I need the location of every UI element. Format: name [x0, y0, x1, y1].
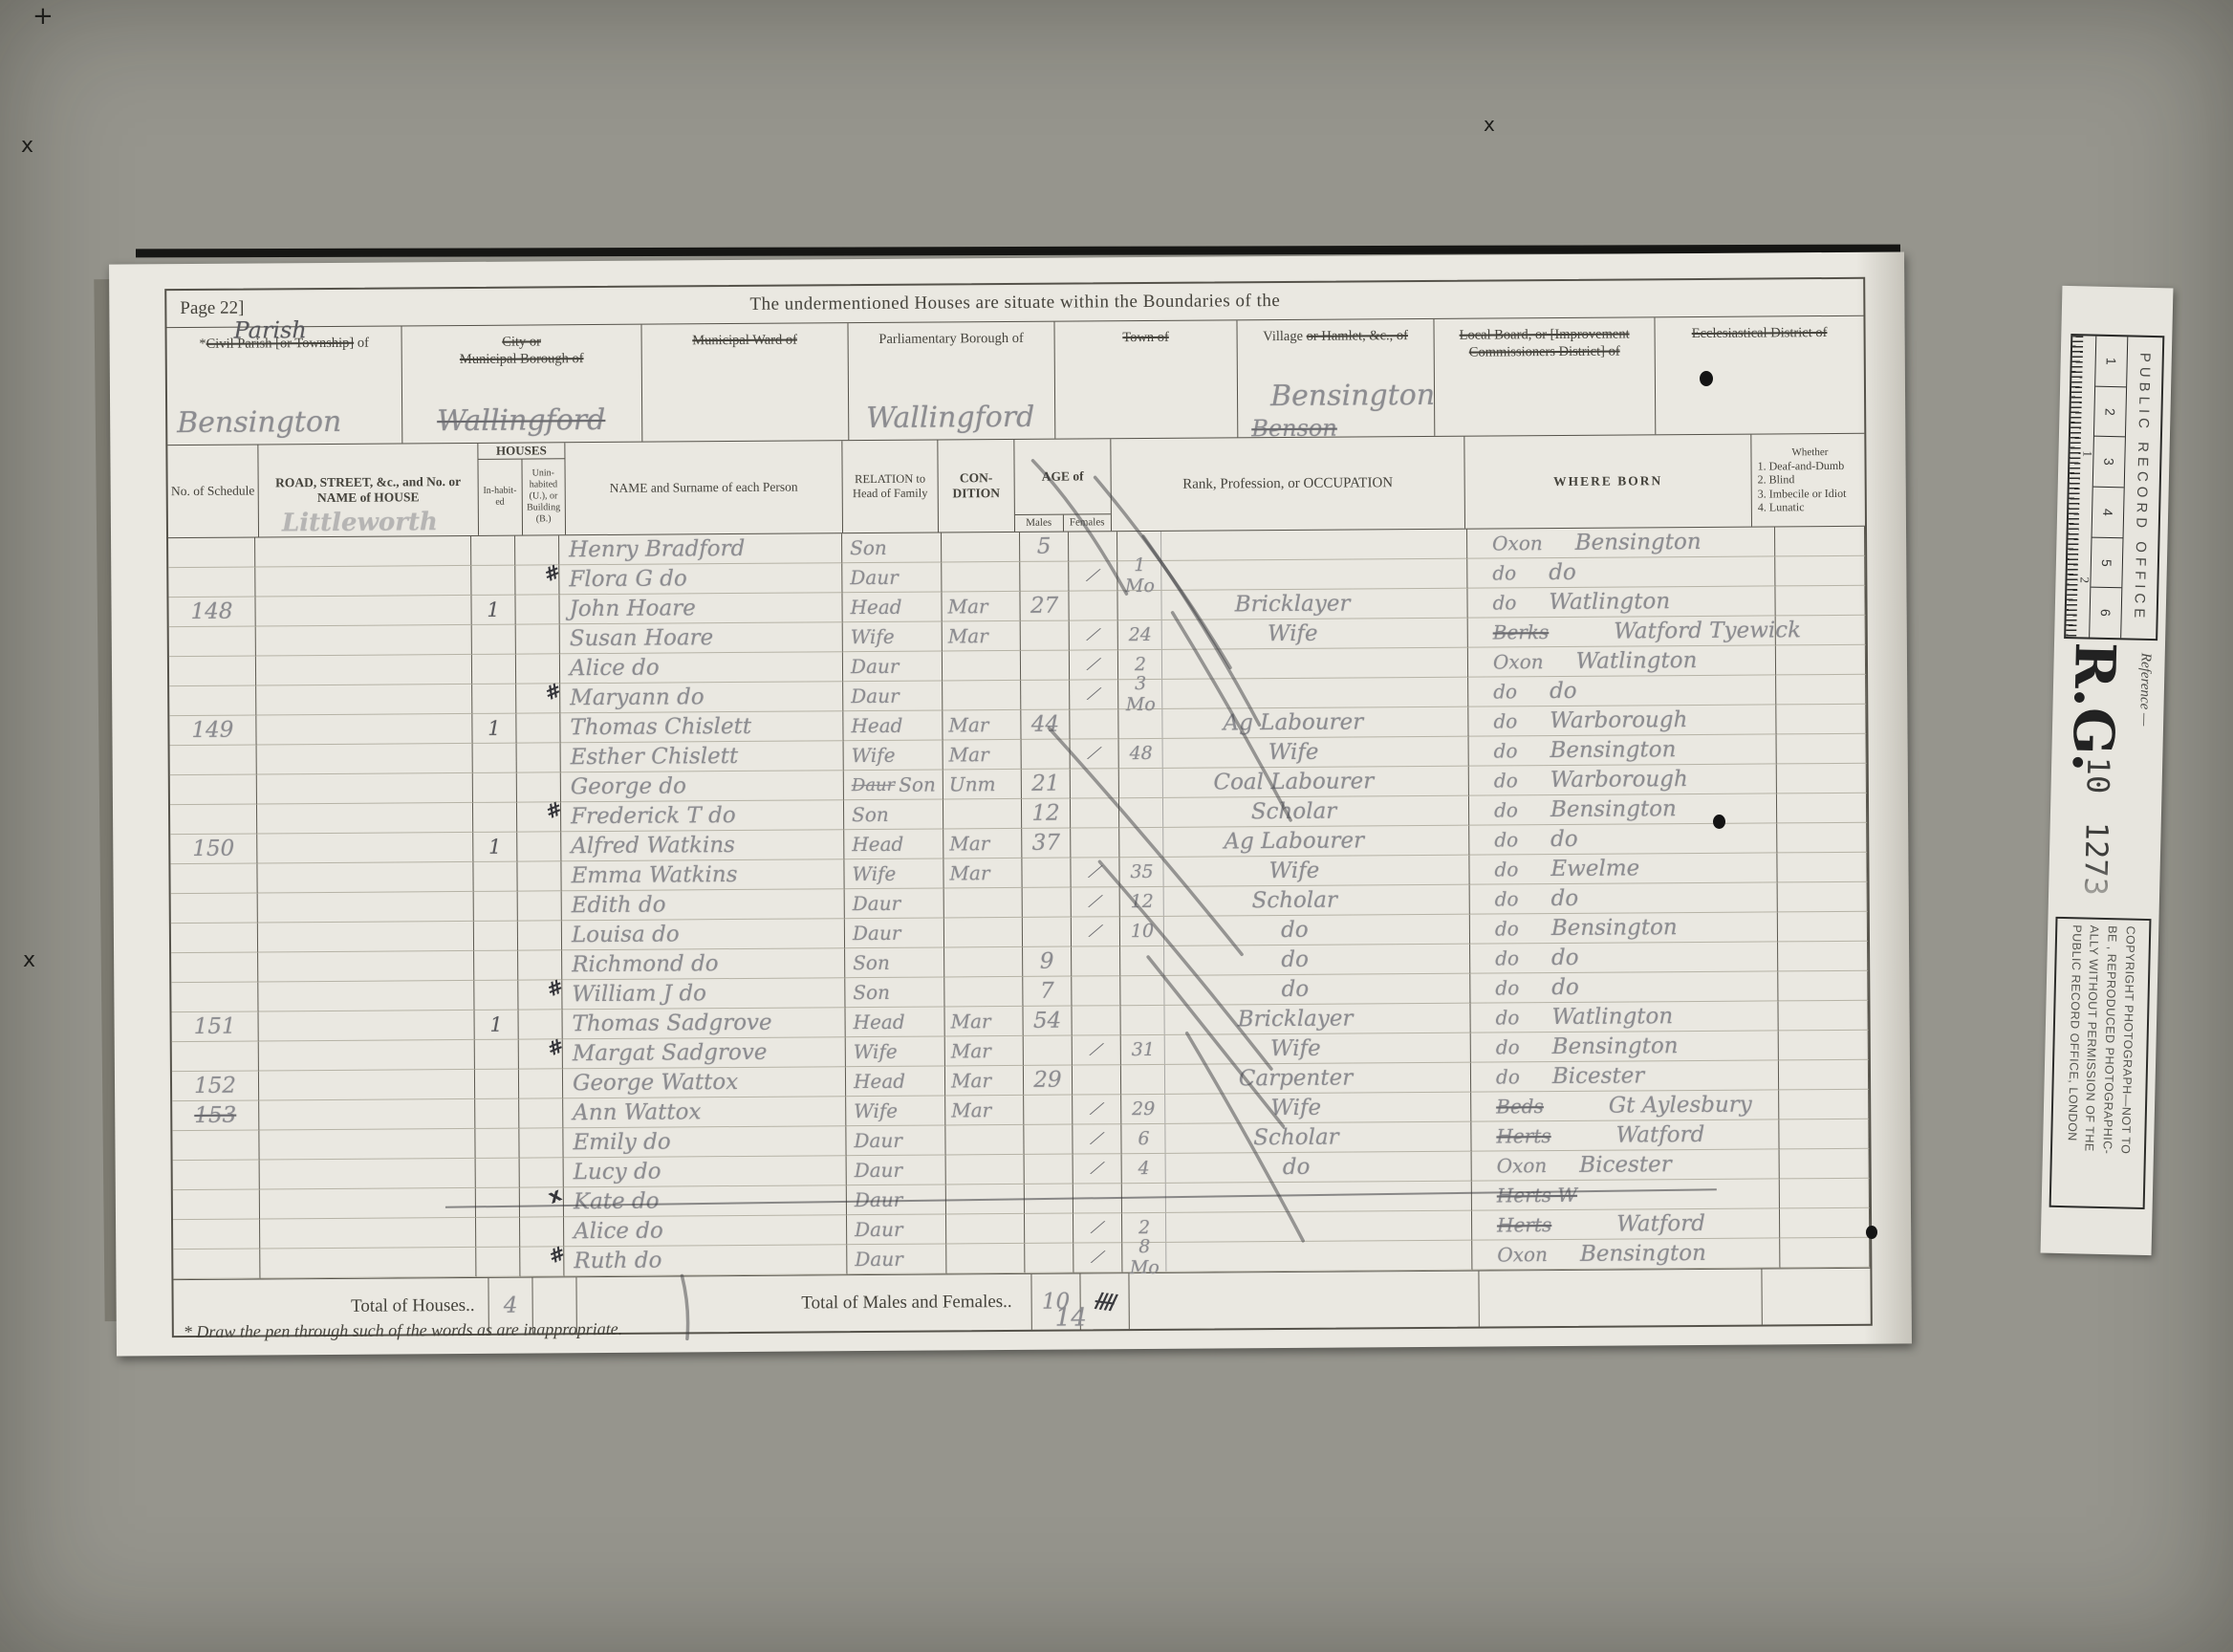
- cm-label: 1: [2104, 358, 2119, 365]
- whether-cell: [1778, 1001, 1868, 1032]
- person-name: Susan Hoare: [570, 625, 714, 651]
- registration-cross-mark: +: [33, 2, 54, 31]
- occupation: Ag Labourer: [1224, 828, 1364, 854]
- age-check-mark: ∕: [1089, 652, 1098, 678]
- relation: Wife: [854, 1099, 898, 1122]
- pencil-x-mark: x: [1484, 113, 1495, 136]
- born-place: Bensington: [1551, 915, 1678, 941]
- born-county: do: [1495, 887, 1519, 910]
- field-local-board: Local Board, or [Improvement Commissione…: [1434, 317, 1656, 436]
- condition: Mar: [951, 1069, 991, 1092]
- occupation: Wife: [1269, 859, 1320, 883]
- inhabited-mark: 1: [487, 598, 500, 621]
- person-name: Maryann do: [570, 685, 705, 710]
- uninhabited-cell: [519, 1069, 563, 1098]
- born-place: Bicester: [1579, 1152, 1672, 1178]
- relation-struck: Daur: [852, 774, 896, 794]
- city-borough-label-1: City or: [502, 334, 541, 349]
- age-male: 44: [1031, 712, 1059, 737]
- occupation: do: [1281, 977, 1309, 1002]
- born-county: do: [1495, 946, 1519, 969]
- corrected-female-total: 14: [1055, 1303, 1087, 1332]
- whether-cell: [1780, 1208, 1870, 1239]
- road-cell: [257, 744, 473, 775]
- field-parliamentary-borough: Parliamentary Borough of Wallingford: [848, 322, 1055, 441]
- born-county: do: [1494, 739, 1518, 762]
- born-struck: Herts: [1497, 1213, 1551, 1236]
- road-cell: [255, 596, 471, 627]
- field-town: Town of: [1054, 320, 1238, 438]
- age-male: 7: [1040, 979, 1054, 1004]
- schedule-number: 152: [194, 1074, 236, 1098]
- road-cell: [259, 1070, 475, 1101]
- occupation: do: [1281, 947, 1309, 972]
- born-place: do: [1551, 946, 1579, 970]
- totals-occupation-cell: [1129, 1272, 1479, 1330]
- born-place: Watlington: [1551, 1004, 1673, 1030]
- schedule-number: 148: [191, 599, 233, 624]
- condition: Mar: [947, 595, 987, 618]
- schedule-number: 149: [191, 718, 233, 743]
- person-name: Flora G do: [569, 566, 687, 592]
- born-county: do: [1496, 1035, 1520, 1058]
- relation: Daur: [851, 655, 900, 678]
- handwritten-city-borough: Wallingford: [437, 402, 605, 439]
- born-county: do: [1494, 828, 1518, 851]
- person-name: Lucy do: [574, 1160, 661, 1185]
- copyright-notice-box: COPYRIGHT PHOTOGRAPH—NOT TO BE , REPRODU…: [2049, 917, 2152, 1209]
- uninhabited-cell: [520, 1158, 564, 1187]
- road-cell: [257, 862, 473, 894]
- total-females-tally: ////: [1080, 1273, 1129, 1329]
- column-header-row: No. of Schedule ROAD, STREET, &c., and N…: [167, 434, 1865, 538]
- field-ecclesiastical: Ecclesiastical District of: [1655, 316, 1864, 435]
- relation: Daur: [853, 922, 901, 945]
- born-place: do: [1550, 679, 1577, 704]
- born-place: Watlington: [1575, 648, 1697, 674]
- public-record-office-label: PUBLIC RECORD OFFICE: [2121, 337, 2162, 639]
- relation: Wife: [852, 862, 896, 885]
- born-county: do: [1495, 1006, 1519, 1029]
- occupation: Carpenter: [1239, 1066, 1353, 1092]
- infirmity-1: 1. Deaf-and-Dumb: [1758, 459, 1845, 473]
- age-check-mark: ∕: [1093, 1245, 1102, 1271]
- born-county: Oxon: [1497, 1243, 1548, 1266]
- age-pencil-note: 31: [1123, 1039, 1163, 1060]
- age-pencil-note: 48: [1121, 743, 1161, 764]
- ecclesiastical-label: Ecclesiastical District of: [1692, 325, 1828, 341]
- road-cell: [258, 981, 474, 1012]
- occupation: Ag Labourer: [1224, 709, 1364, 735]
- born-place: Warborough: [1550, 707, 1687, 733]
- relation: Daur: [851, 685, 900, 707]
- person-name: Margat Sadgrove: [573, 1040, 768, 1066]
- person-name: Kate do: [574, 1189, 660, 1215]
- age-male: 37: [1032, 831, 1060, 856]
- road-cell: [258, 951, 474, 983]
- relation: Son: [853, 981, 890, 1004]
- born-place: Ewelme: [1550, 856, 1639, 881]
- census-form: Page 22] The undermentioned Houses are s…: [164, 277, 1873, 1337]
- road-cell: [257, 833, 473, 864]
- cm-label: 6: [2098, 609, 2114, 617]
- inhabited-mark: 1: [489, 1013, 503, 1036]
- occupation: Scholar: [1253, 1125, 1339, 1151]
- hole-punch: [1866, 1226, 1877, 1239]
- age-check-mark: ∕: [1089, 682, 1098, 707]
- whether-cell: [1776, 705, 1866, 735]
- age-check-mark: ∕: [1092, 1097, 1101, 1122]
- road-cell: [260, 1218, 476, 1250]
- born-place: Watford: [1616, 1211, 1705, 1237]
- ruler: 1 2 1 2 3 4 5 6 PUBLIC RECORD OFFICE: [2064, 334, 2164, 641]
- person-name: Frederick T do: [571, 803, 736, 829]
- form-title: The undermentioned Houses are situate wi…: [166, 287, 1863, 319]
- age-pencil-note: 6: [1123, 1128, 1163, 1149]
- relation: Head: [851, 714, 902, 737]
- col-road: ROAD, STREET, &c., and No. or NAME of HO…: [258, 444, 479, 537]
- col-houses-group: HOUSES In-habit-ed Unin-habited (U.), or…: [478, 443, 566, 535]
- inch-label: 2: [2076, 576, 2092, 583]
- age-check-mark: ∕: [1092, 1037, 1101, 1063]
- age-male: 9: [1040, 949, 1054, 974]
- field-municipal-ward: Municipal Ward of: [641, 323, 849, 442]
- road-cell: [257, 803, 473, 835]
- pro-reference-strip: 1 2 1 2 3 4 5 6 PUBLIC RECORD OFFICE R.G…: [2041, 286, 2174, 1255]
- condition: Mar: [951, 1098, 991, 1121]
- person-name: Alice do: [570, 656, 660, 682]
- parliamentary-borough-label: Parliamentary Borough of: [878, 331, 1024, 347]
- local-board-label-1: Local Board, or [Improvement: [1460, 326, 1630, 342]
- person-name: Edith do: [572, 893, 666, 919]
- born-place: do: [1550, 827, 1578, 852]
- person-name: George Wattox: [573, 1070, 738, 1096]
- town-label: Town of: [1122, 330, 1169, 345]
- born-county: do: [1492, 561, 1516, 584]
- road-cell: [256, 714, 472, 746]
- whether-cell: [1775, 586, 1865, 617]
- condition: Mar: [949, 832, 989, 855]
- born-place: Gt Aylesbury: [1609, 1093, 1752, 1119]
- born-place: Warborough: [1550, 767, 1688, 793]
- census-sheet: Page 22] The undermentioned Houses are s…: [109, 251, 1912, 1356]
- col-whether: Whether 1. Deaf-and-Dumb 2. Blind 3. Imb…: [1751, 434, 1865, 527]
- age-check-mark: ∕: [1093, 1156, 1102, 1182]
- whether-cell: [1779, 1090, 1869, 1120]
- occupation: Bricklayer: [1238, 1007, 1354, 1032]
- relation: Wife: [852, 744, 896, 767]
- civil-parish-of: of: [358, 336, 369, 351]
- field-city-borough: City or Municipal Borough of Wallingford: [401, 325, 642, 444]
- born-county: do: [1494, 858, 1518, 880]
- whether-cell: [1775, 527, 1865, 557]
- handwritten-village: Bensington: [1270, 377, 1435, 414]
- age-check-mark: ∕: [1088, 563, 1097, 589]
- age-check-mark: ∕: [1091, 919, 1100, 945]
- relation: Son: [899, 773, 936, 796]
- road-cell: [260, 1248, 476, 1279]
- whether-title: Whether: [1757, 446, 1862, 459]
- whether-cell: [1780, 1149, 1870, 1180]
- rg-series-mark: R.G.: [2065, 641, 2123, 772]
- uninhabited-cell: [518, 891, 562, 921]
- cm-label: 5: [2099, 558, 2114, 566]
- handwritten-littleworth: Littleworth: [282, 508, 438, 538]
- inch-label: 1: [2079, 450, 2094, 457]
- relation: Wife: [854, 1040, 898, 1063]
- age-check-mark: ∕: [1090, 859, 1099, 885]
- col-schedule: No. of Schedule: [167, 445, 259, 537]
- born-struck: Beds: [1496, 1095, 1544, 1118]
- col-condition: CON-DITION: [938, 440, 1015, 533]
- born-place: Watford: [1615, 1122, 1704, 1148]
- person-name: Ruth do: [574, 1249, 661, 1274]
- uninhabited-cell: [515, 595, 559, 624]
- age-pencil-note: 12: [1122, 891, 1162, 912]
- field-village: Village or Hamlet, &c., of Bensington Be…: [1237, 319, 1435, 437]
- born-county: do: [1493, 680, 1517, 703]
- age-check-mark: ∕: [1091, 889, 1100, 915]
- occupation: Wife: [1270, 1096, 1321, 1120]
- col-houses: HOUSES: [478, 443, 564, 459]
- location-header-row: *Civil Parish [or Township] of Parish Be…: [167, 316, 1865, 446]
- whether-cell: [1778, 971, 1868, 1002]
- road-cell: [259, 1040, 475, 1072]
- entries: Henry Bradford Son 5 OxonBensington #Flo…: [168, 527, 1870, 1279]
- road-cell: [256, 625, 472, 657]
- occupation: Coal Labourer: [1213, 769, 1374, 794]
- uninhabited-cell: [517, 861, 561, 891]
- hole-punch: [1713, 815, 1725, 829]
- born-place: Bensington: [1575, 530, 1702, 555]
- age-pencil-note: 8 Mo: [1124, 1236, 1164, 1278]
- whether-cell: [1776, 616, 1866, 646]
- whether-cell: [1780, 1179, 1870, 1209]
- born-place: do: [1550, 886, 1578, 911]
- schedule-number: 153: [194, 1103, 236, 1128]
- age-pencil-note: 35: [1121, 861, 1161, 882]
- whether-cell: [1778, 942, 1868, 972]
- relation: Wife: [851, 625, 895, 648]
- cm-label: 3: [2101, 458, 2116, 466]
- occupation: Wife: [1270, 1036, 1321, 1061]
- infirmity-2: 2. Blind: [1758, 472, 1795, 487]
- person-name: William J do: [572, 981, 706, 1007]
- age-male: 21: [1031, 772, 1059, 796]
- infirmity-4: 4. Lunatic: [1758, 500, 1805, 514]
- whether-cell: [1777, 764, 1867, 794]
- totals-whether-cell: [1762, 1269, 1870, 1325]
- col-age-group: AGE of Males Females: [1014, 439, 1112, 532]
- age-pencil-note: 24: [1120, 624, 1160, 645]
- person-name: John Hoare: [569, 596, 695, 621]
- born-struck: Herts: [1496, 1124, 1550, 1147]
- road-cell: [260, 1188, 476, 1220]
- born-county: do: [1492, 591, 1516, 614]
- person-name: George do: [571, 773, 686, 799]
- born-county: Oxon: [1493, 650, 1544, 673]
- born-place: Bensington: [1552, 1033, 1679, 1059]
- whether-cell: [1777, 793, 1867, 824]
- occupation: Wife: [1268, 740, 1319, 765]
- road-cell: [258, 892, 474, 924]
- relation: Head: [850, 596, 901, 619]
- hole-punch: [1700, 371, 1713, 386]
- condition: Mar: [951, 1039, 991, 1062]
- born-place: Bensington: [1580, 1241, 1706, 1267]
- relation: Daur: [855, 1248, 903, 1271]
- born-place: do: [1551, 975, 1579, 1000]
- handwritten-civil-parish: Bensington: [177, 403, 341, 441]
- condition: Mar: [951, 1010, 991, 1032]
- born-county: do: [1494, 798, 1518, 821]
- road-cell: [257, 773, 473, 805]
- age-check-mark: ∕: [1089, 622, 1098, 648]
- uninhabited-cell: [516, 624, 560, 654]
- person-name: Emily do: [573, 1129, 670, 1155]
- born-place: Bensington: [1550, 796, 1677, 822]
- col-females: Females: [1063, 514, 1111, 532]
- uninhabited-cell: [519, 1098, 563, 1128]
- uninhabited-cell: [519, 1128, 563, 1158]
- occupation: Scholar: [1251, 799, 1337, 825]
- relation: Daur: [854, 1129, 902, 1152]
- born-county: do: [1495, 976, 1519, 999]
- piece-number-stamp: 1273: [2077, 821, 2115, 896]
- cm-label: 2: [2102, 407, 2117, 415]
- uninhabited-cell: [517, 743, 561, 772]
- condition: Mar: [948, 624, 988, 647]
- field-civil-parish: *Civil Parish [or Township] of Parish Be…: [167, 326, 403, 445]
- age-male: 29: [1033, 1068, 1061, 1093]
- age-check-mark: ∕: [1093, 1215, 1102, 1241]
- municipal-ward-label: Municipal Ward of: [692, 333, 797, 349]
- col-uninhabited: Unin-habited (U.), or Building (B.): [522, 459, 565, 535]
- born-place: Watlington: [1549, 589, 1670, 615]
- relation: Daur: [855, 1159, 903, 1182]
- person-name: Emma Watkins: [571, 862, 737, 888]
- col-occupation: Rank, Profession, or OCCUPATION: [1111, 437, 1465, 532]
- pencil-x-mark: x: [21, 134, 33, 158]
- condition: Unm: [949, 772, 996, 795]
- road-cell: [258, 922, 474, 953]
- col-born: WHERE BORN: [1464, 435, 1752, 529]
- photographed-census-page: + x x x Page 22] The underm: [0, 0, 2233, 1652]
- age-check-mark: ∕: [1092, 1126, 1101, 1152]
- col-relation: RELATION to Head of Family: [842, 441, 939, 533]
- born-county: Oxon: [1492, 532, 1543, 554]
- whether-cell: [1779, 1031, 1869, 1061]
- born-county: do: [1495, 917, 1519, 940]
- person-name: Thomas Chislett: [570, 714, 751, 740]
- age-pencil-note: 2: [1120, 654, 1160, 675]
- born-place: Bensington: [1550, 737, 1676, 763]
- person-name: Henry Bradford: [569, 536, 745, 562]
- age-pencil-note: 2: [1124, 1217, 1164, 1238]
- condition: Mar: [949, 861, 989, 884]
- person-name: Richmond do: [572, 951, 719, 977]
- pencil-x-mark: x: [23, 948, 35, 972]
- person-name: Louisa do: [572, 922, 680, 947]
- relation: Son: [852, 803, 889, 826]
- uninhabited-cell: [517, 832, 561, 861]
- person-name: Ann Wattox: [573, 1099, 701, 1125]
- age-male: 27: [1030, 594, 1058, 619]
- person-name: Thomas Sadgrove: [573, 1011, 772, 1036]
- schedule-number: 150: [192, 837, 234, 861]
- relation: Son: [850, 536, 887, 559]
- col-inhabited: In-habit-ed: [478, 459, 522, 535]
- form-footnote: * Draw the pen through such of the words…: [184, 1319, 622, 1342]
- col-males: Males: [1015, 514, 1064, 532]
- whether-cell: [1777, 853, 1867, 883]
- reference-label: Reference —: [2135, 653, 2154, 727]
- condition: Mar: [949, 743, 989, 766]
- age-pencil-note: 29: [1123, 1098, 1163, 1119]
- relation: Head: [854, 1011, 905, 1033]
- handwritten-village-struck: Benson: [1251, 414, 1337, 444]
- whether-cell: [1777, 823, 1867, 854]
- age-check-mark: ∕: [1090, 741, 1099, 767]
- city-borough-label-2: Municipal Borough of: [460, 351, 584, 367]
- age-pencil-note: 4: [1124, 1158, 1164, 1179]
- age-male: 12: [1031, 801, 1059, 826]
- handwritten-parliamentary-borough: Wallingford: [866, 399, 1034, 436]
- uninhabited-cell: [518, 921, 562, 950]
- born-place: Bicester: [1552, 1063, 1645, 1089]
- occupation: do: [1283, 1155, 1311, 1180]
- road-cell: [259, 1129, 475, 1161]
- village-label: Village: [1263, 329, 1303, 344]
- uninhabited-cell: [516, 713, 560, 743]
- born-county: do: [1494, 769, 1518, 792]
- whether-cell: [1777, 734, 1867, 765]
- road-cell: [259, 1099, 475, 1131]
- condition: Mar: [948, 713, 988, 736]
- whether-cell: [1776, 645, 1866, 676]
- whether-cell: [1778, 912, 1868, 943]
- relation: Head: [854, 1070, 905, 1093]
- whether-cell: [1778, 882, 1868, 913]
- person-name: Alfred Watkins: [571, 833, 735, 859]
- occupation: Bricklayer: [1235, 592, 1351, 618]
- inhabited-mark: 1: [488, 836, 502, 859]
- relation: Son: [853, 951, 890, 974]
- col-road-label: ROAD, STREET, &c., and No. or NAME of HO…: [261, 474, 476, 507]
- whether-cell: [1780, 1238, 1870, 1269]
- relation: Daur: [850, 566, 899, 589]
- whether-cell: [1779, 1060, 1869, 1091]
- total-persons-label: Total of Males and Females..: [576, 1274, 1031, 1333]
- totals-born-cell: [1479, 1270, 1762, 1327]
- whether-cell: [1776, 675, 1866, 706]
- road-cell: [258, 1011, 474, 1042]
- col-name: NAME and Surname of each Person: [565, 441, 843, 534]
- cm-label: 4: [2100, 509, 2115, 516]
- age-male: 54: [1033, 1009, 1061, 1033]
- schedule-number: 151: [194, 1014, 236, 1039]
- born-struck: Berks: [1493, 620, 1550, 643]
- whether-cell: [1775, 556, 1865, 587]
- age-male: 5: [1037, 534, 1051, 559]
- person-name: Alice do: [574, 1219, 663, 1245]
- born-place: do: [1549, 560, 1576, 585]
- born-place: Watford Tyewick: [1614, 618, 1801, 643]
- relation: Head: [852, 833, 903, 856]
- born-county: Oxon: [1497, 1154, 1548, 1177]
- road-cell: [256, 655, 472, 686]
- road-cell: [260, 1159, 476, 1190]
